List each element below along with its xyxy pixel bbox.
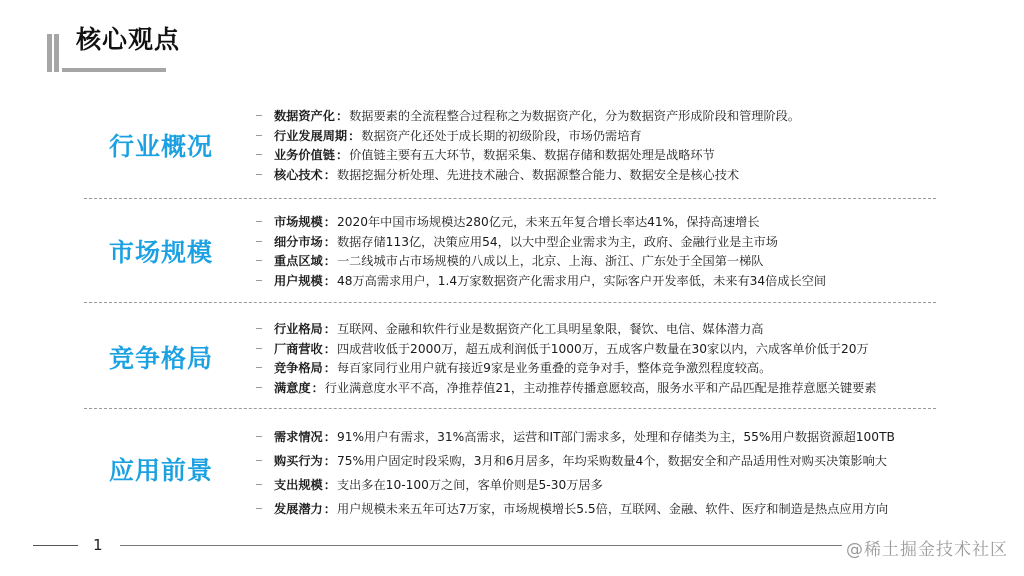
- bullet-dash-icon: [256, 484, 262, 485]
- section-items-market-size: 市场规模：2020年中国市场规模达280亿元，未来五年复合增长率达41%，保持高…: [256, 212, 826, 290]
- section-items-industry-overview: 数据资产化：数据要素的全流程整合过程称之为数据资产化，分为数据资产形成阶段和管理…: [256, 106, 800, 184]
- item-separator: ：: [312, 379, 324, 396]
- item-key: 业务价值链: [274, 146, 335, 163]
- list-item: 厂商营收：四成营收低于2000万，超五成利润低于1000万，五成客户数量在30家…: [256, 339, 877, 359]
- section-heading-market-size: 市场规模: [100, 233, 222, 269]
- list-item: 数据资产化：数据要素的全流程整合过程称之为数据资产化，分为数据资产形成阶段和管理…: [256, 106, 800, 126]
- item-separator: ：: [336, 146, 348, 163]
- item-key: 行业格局: [274, 320, 323, 337]
- list-item: 行业格局：互联网、金融和软件行业是数据资产化工具明星象限，餐饮、电信、媒体潜力高: [256, 319, 877, 339]
- title-decoration-underline: [62, 68, 166, 72]
- bullet-dash-icon: [256, 260, 262, 261]
- bullet-dash-icon: [256, 328, 262, 329]
- item-separator: ：: [324, 320, 336, 337]
- list-item: 支出规模：支出多在10-100万之间，客单价则是5-30万居多: [256, 472, 895, 496]
- item-key: 满意度: [274, 379, 311, 396]
- item-text: 48万高需求用户，1.4万家数据资产化需求用户，实际客户开发率低，未来有34倍成…: [337, 272, 826, 289]
- list-item: 市场规模：2020年中国市场规模达280亿元，未来五年复合增长率达41%，保持高…: [256, 212, 826, 232]
- section-divider: [84, 302, 936, 303]
- item-key: 重点区域: [274, 252, 323, 269]
- item-key: 细分市场: [274, 233, 323, 250]
- list-item: 需求情况：91%用户有需求，31%高需求，运营和IT部门需求多，处理和存储类为主…: [256, 424, 895, 448]
- item-text: 价值链主要有五大环节，数据采集、数据存储和数据处理是战略环节: [349, 146, 715, 163]
- item-key: 核心技术: [274, 166, 323, 183]
- item-key: 发展潜力: [274, 500, 323, 517]
- item-text: 四成营收低于2000万，超五成利润低于1000万，五成客户数量在30家以内，六成…: [337, 340, 869, 357]
- list-item: 细分市场：数据存储113亿，决策应用54，以大中型企业需求为主，政府、金融行业是…: [256, 232, 826, 252]
- item-key: 需求情况: [274, 428, 323, 445]
- list-item: 购买行为：75%用户固定时段采购，3月和6月居多，年均采购数量4个，数据安全和产…: [256, 448, 895, 472]
- item-separator: ：: [324, 252, 336, 269]
- footer-line: [120, 545, 842, 546]
- item-separator: ：: [324, 428, 336, 445]
- item-key: 购买行为: [274, 452, 323, 469]
- item-separator: ：: [324, 359, 336, 376]
- item-key: 数据资产化: [274, 107, 335, 124]
- bullet-dash-icon: [256, 436, 262, 437]
- section-items-competition: 行业格局：互联网、金融和软件行业是数据资产化工具明星象限，餐饮、电信、媒体潜力高…: [256, 319, 877, 397]
- item-text: 互联网、金融和软件行业是数据资产化工具明星象限，餐饮、电信、媒体潜力高: [337, 320, 764, 337]
- item-key: 市场规模: [274, 213, 323, 230]
- bullet-dash-icon: [256, 508, 262, 509]
- section-divider: [84, 408, 936, 409]
- item-text: 行业满意度水平不高，净推荐值21，主动推荐传播意愿较高，服务水平和产品匹配是推荐…: [325, 379, 877, 396]
- item-separator: ：: [324, 233, 336, 250]
- section-heading-competition: 竞争格局: [100, 339, 222, 375]
- list-item: 重点区域：一二线城市占市场规模的八成以上，北京、上海、浙江、广东处于全国第一梯队: [256, 251, 826, 271]
- list-item: 发展潜力：用户规模未来五年可达7万家，市场规模增长5.5倍，互联网、金融、软件、…: [256, 496, 895, 520]
- bullet-dash-icon: [256, 367, 262, 368]
- item-key: 竞争格局: [274, 359, 323, 376]
- item-separator: ：: [324, 166, 336, 183]
- title-decoration-bar: [47, 34, 52, 72]
- list-item: 用户规模：48万高需求用户，1.4万家数据资产化需求用户，实际客户开发率低，未来…: [256, 271, 826, 291]
- item-separator: ：: [324, 272, 336, 289]
- section-heading-industry-overview: 行业概况: [100, 127, 222, 163]
- item-text: 75%用户固定时段采购，3月和6月居多，年均采购数量4个，数据安全和产品适用性对…: [337, 452, 887, 469]
- item-separator: ：: [336, 107, 348, 124]
- bullet-dash-icon: [256, 115, 262, 116]
- bullet-dash-icon: [256, 348, 262, 349]
- bullet-dash-icon: [256, 460, 262, 461]
- section-heading-application-outlook: 应用前景: [100, 451, 222, 487]
- item-text: 2020年中国市场规模达280亿元，未来五年复合增长率达41%，保持高速增长: [337, 213, 760, 230]
- bullet-dash-icon: [256, 387, 262, 388]
- item-key: 厂商营收: [274, 340, 323, 357]
- page-title: 核心观点: [76, 20, 180, 56]
- item-text: 91%用户有需求，31%高需求，运营和IT部门需求多，处理和存储类为主，55%用…: [337, 428, 895, 445]
- item-text: 数据资产化还处于成长期的初级阶段，市场仍需培育: [361, 127, 641, 144]
- item-text: 用户规模未来五年可达7万家，市场规模增长5.5倍，互联网、金融、软件、医疗和制造…: [337, 500, 888, 517]
- bullet-dash-icon: [256, 154, 262, 155]
- bullet-dash-icon: [256, 174, 262, 175]
- item-separator: ：: [324, 340, 336, 357]
- item-text: 数据要素的全流程整合过程称之为数据资产化，分为数据资产形成阶段和管理阶段。: [349, 107, 800, 124]
- item-text: 数据存储113亿，决策应用54，以大中型企业需求为主，政府、金融行业是主市场: [337, 233, 778, 250]
- item-text: 一二线城市占市场规模的八成以上，北京、上海、浙江、广东处于全国第一梯队: [337, 252, 764, 269]
- item-separator: ：: [324, 500, 336, 517]
- item-key: 行业发展周期: [274, 127, 347, 144]
- item-separator: ：: [348, 127, 360, 144]
- item-text: 支出多在10-100万之间，客单价则是5-30万居多: [337, 476, 603, 493]
- list-item: 核心技术：数据挖掘分析处理、先进技术融合、数据源整合能力、数据安全是核心技术: [256, 165, 800, 185]
- section-items-application-outlook: 需求情况：91%用户有需求，31%高需求，运营和IT部门需求多，处理和存储类为主…: [256, 424, 895, 520]
- item-separator: ：: [324, 452, 336, 469]
- bullet-dash-icon: [256, 135, 262, 136]
- bullet-dash-icon: [256, 280, 262, 281]
- credit-watermark: @稀土掘金技术社区: [846, 535, 1008, 560]
- list-item: 竞争格局：每百家同行业用户就有接近9家是业务重叠的竞争对手，整体竞争激烈程度较高…: [256, 358, 877, 378]
- page-number: 1: [93, 536, 103, 554]
- item-separator: ：: [324, 476, 336, 493]
- item-text: 每百家同行业用户就有接近9家是业务重叠的竞争对手，整体竞争激烈程度较高。: [337, 359, 771, 376]
- list-item: 业务价值链：价值链主要有五大环节，数据采集、数据存储和数据处理是战略环节: [256, 145, 800, 165]
- footer-line: [33, 545, 78, 546]
- title-decoration-bar: [54, 34, 59, 72]
- list-item: 行业发展周期：数据资产化还处于成长期的初级阶段，市场仍需培育: [256, 126, 800, 146]
- bullet-dash-icon: [256, 221, 262, 222]
- bullet-dash-icon: [256, 241, 262, 242]
- item-key: 支出规模: [274, 476, 323, 493]
- section-divider: [84, 198, 936, 199]
- item-separator: ：: [324, 213, 336, 230]
- item-text: 数据挖掘分析处理、先进技术融合、数据源整合能力、数据安全是核心技术: [337, 166, 739, 183]
- item-key: 用户规模: [274, 272, 323, 289]
- list-item: 满意度：行业满意度水平不高，净推荐值21，主动推荐传播意愿较高，服务水平和产品匹…: [256, 378, 877, 398]
